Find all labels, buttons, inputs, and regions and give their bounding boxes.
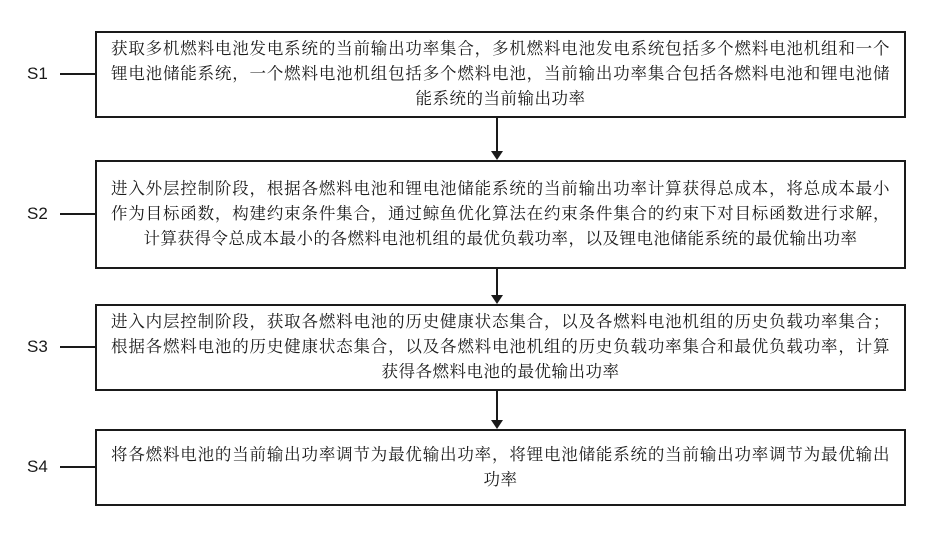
flow-step-box-s4: 将各燃料电池的当前输出功率调节为最优输出功率，将锂电池储能系统的当前输出功率调节…: [95, 429, 906, 506]
flow-step-text-s1: 获取多机燃料电池发电系统的当前输出功率集合，多机燃料电池发电系统包括多个燃料电池…: [97, 35, 904, 114]
step-connector-line-s4: [60, 466, 95, 468]
step-label-s2: S2: [27, 204, 59, 224]
step-connector-line-s2: [60, 213, 95, 215]
step-label-s4: S4: [27, 457, 59, 477]
arrow-head-icon-s2-s3: [491, 295, 503, 304]
arrow-line-s3-s4: [496, 391, 498, 420]
arrow-line-s2-s3: [496, 269, 498, 295]
flow-step-box-s2: 进入外层控制阶段，根据各燃料电池和锂电池储能系统的当前输出功率计算获得总成本，将…: [95, 160, 906, 269]
step-connector-line-s1: [60, 73, 95, 75]
flow-step-text-s2: 进入外层控制阶段，根据各燃料电池和锂电池储能系统的当前输出功率计算获得总成本，将…: [97, 175, 904, 254]
flowchart-canvas: S1 S2 S3 S4 获取多机燃料电池发电系统的当前输出功率集合，多机燃料电池…: [0, 0, 928, 548]
step-connector-line-s3: [60, 346, 95, 348]
flow-step-text-s3: 进入内层控制阶段，获取各燃料电池的历史健康状态集合，以及各燃料电池机组的历史负载…: [97, 308, 904, 387]
arrow-head-icon-s3-s4: [491, 420, 503, 429]
step-label-s1: S1: [27, 64, 59, 84]
step-label-s3: S3: [27, 337, 59, 357]
flow-step-text-s4: 将各燃料电池的当前输出功率调节为最优输出功率，将锂电池储能系统的当前输出功率调节…: [97, 441, 904, 495]
arrow-line-s1-s2: [496, 117, 498, 151]
arrow-head-icon-s1-s2: [491, 151, 503, 160]
flow-step-box-s3: 进入内层控制阶段，获取各燃料电池的历史健康状态集合，以及各燃料电池机组的历史负载…: [95, 304, 906, 391]
flow-step-box-s1: 获取多机燃料电池发电系统的当前输出功率集合，多机燃料电池发电系统包括多个燃料电池…: [95, 31, 906, 118]
